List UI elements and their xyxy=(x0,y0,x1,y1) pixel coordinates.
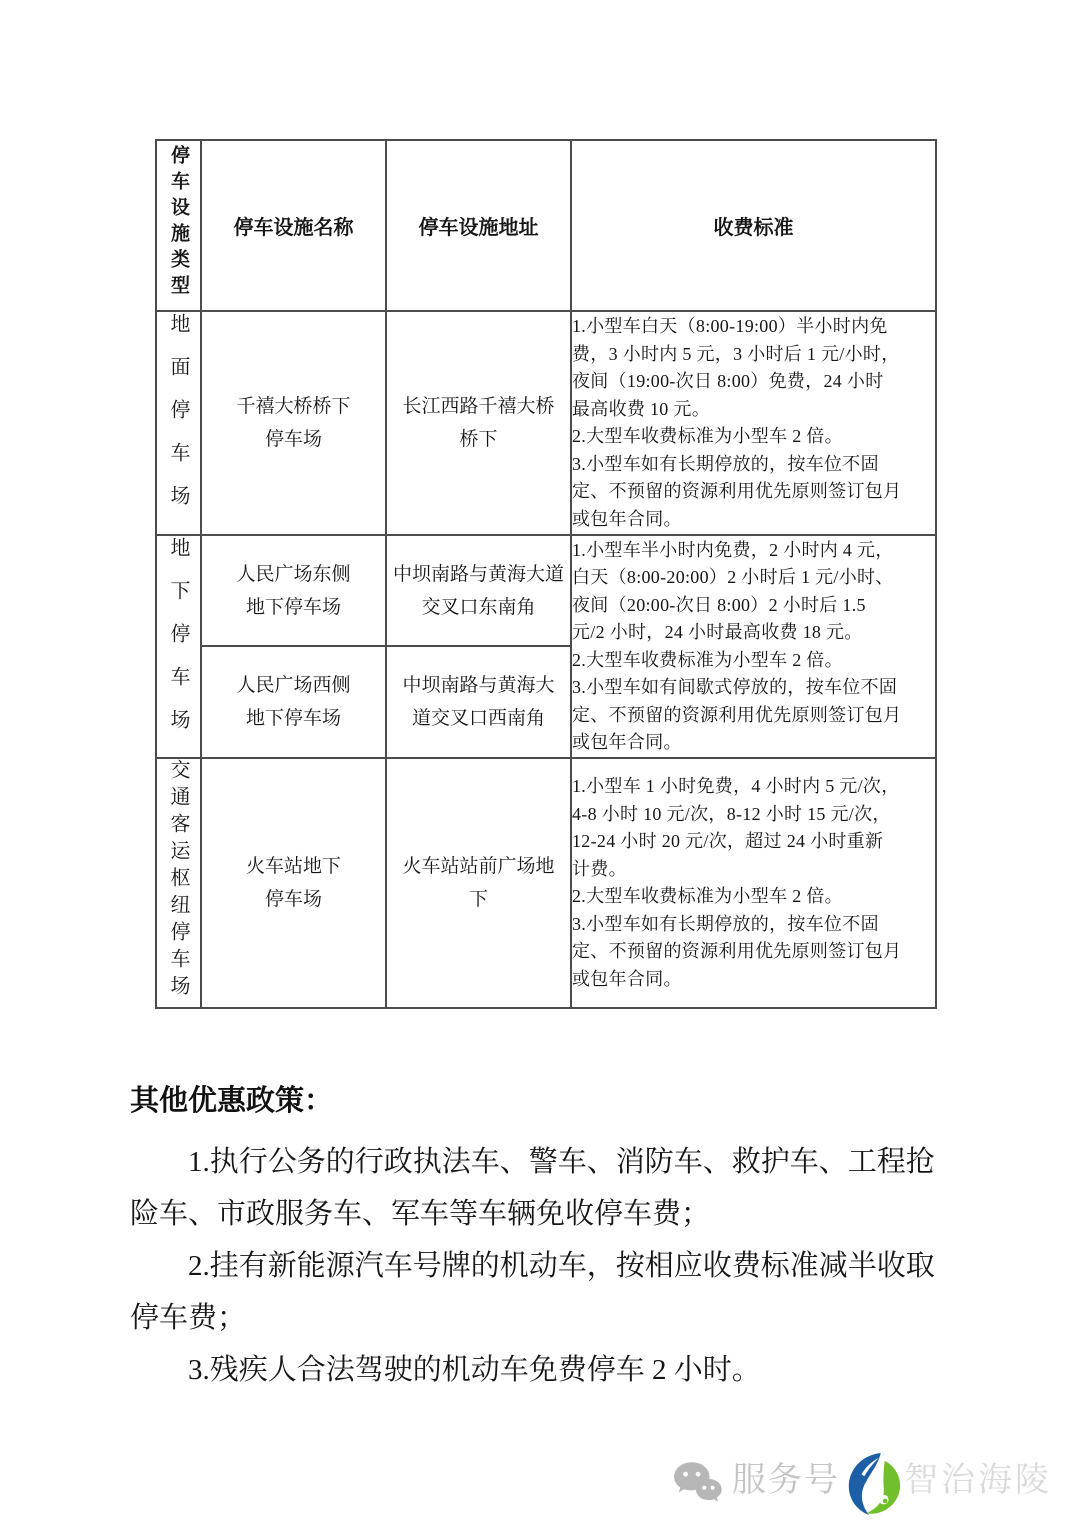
facility-name: 人民广场西侧 地下停车场 xyxy=(201,646,386,758)
facility-name: 火车站地下 停车场 xyxy=(201,758,386,1008)
policy-item: 1.执行公务的行政执法车、警车、消防车、救护车、工程抢 险车、市政服务车、军车等… xyxy=(130,1136,962,1240)
row-type-underground: 地下停车场 xyxy=(156,535,201,758)
facility-address: 中坝南路与黄海大 道交叉口西南角 xyxy=(386,646,571,758)
site-logo-icon xyxy=(844,1450,906,1520)
facility-address: 长江西路千禧大桥 桥下 xyxy=(386,311,571,535)
policies-section: 其他优惠政策： 1.执行公务的行政执法车、警车、消防车、救护车、工程抢 险车、市… xyxy=(130,1080,962,1396)
col-header-name: 停车设施名称 xyxy=(201,140,386,311)
row-type-label: 地面停车场 xyxy=(164,313,193,528)
col-header-type-label: 停车设施类型 xyxy=(165,145,192,301)
table-row: 交通客运枢纽停车场 火车站地下 停车场 火车站站前广场地 下 1.小型车 1 小… xyxy=(156,758,936,1008)
row-type-label: 地下停车场 xyxy=(164,537,193,752)
policy-item: 2.挂有新能源汽车号牌的机动车，按相应收费标准减半收取 停车费； xyxy=(130,1240,962,1344)
table-row: 地下停车场 人民广场东侧 地下停车场 中坝南路与黄海大道 交叉口东南角 1.小型… xyxy=(156,535,936,646)
facility-name: 人民广场东侧 地下停车场 xyxy=(201,535,386,646)
facility-address: 中坝南路与黄海大道 交叉口东南角 xyxy=(386,535,571,646)
account-name: 智治海陵 xyxy=(904,1458,1052,1502)
account-type-label: 服务号 xyxy=(732,1458,840,1502)
fee-standard: 1.小型车 1 小时免费，4 小时内 5 元/次， 4-8 小时 10 元/次，… xyxy=(571,758,936,1008)
fee-standard: 1.小型车半小时内免费，2 小时内 4 元， 白天（8:00-20:00）2 小… xyxy=(571,535,936,758)
facility-name: 千禧大桥桥下 停车场 xyxy=(201,311,386,535)
col-header-fee: 收费标准 xyxy=(571,140,936,311)
table-header-row: 停车设施类型 停车设施名称 停车设施地址 收费标准 xyxy=(156,140,936,311)
policy-item: 3.残疾人合法驾驶的机动车免费停车 2 小时。 xyxy=(130,1344,962,1396)
policies-heading: 其他优惠政策： xyxy=(130,1080,962,1122)
footer-watermark: 服务号 智治海陵 xyxy=(672,1450,1052,1520)
parking-fee-table: 停车设施类型 停车设施名称 停车设施地址 收费标准 地面停车场 千禧大桥桥下 停… xyxy=(155,139,937,1009)
wechat-icon xyxy=(672,1460,722,1504)
document-page: 停车设施类型 停车设施名称 停车设施地址 收费标准 地面停车场 千禧大桥桥下 停… xyxy=(0,0,1080,1527)
row-type-label: 交通客运枢纽停车场 xyxy=(164,759,193,1002)
col-header-address: 停车设施地址 xyxy=(386,140,571,311)
fee-standard: 1.小型车白天（8:00-19:00）半小时内免 费，3 小时内 5 元，3 小… xyxy=(571,311,936,535)
table-row: 地面停车场 千禧大桥桥下 停车场 长江西路千禧大桥 桥下 1.小型车白天（8:0… xyxy=(156,311,936,535)
col-header-type: 停车设施类型 xyxy=(156,140,201,311)
facility-address: 火车站站前广场地 下 xyxy=(386,758,571,1008)
row-type-ground: 地面停车场 xyxy=(156,311,201,535)
row-type-transport-hub: 交通客运枢纽停车场 xyxy=(156,758,201,1008)
